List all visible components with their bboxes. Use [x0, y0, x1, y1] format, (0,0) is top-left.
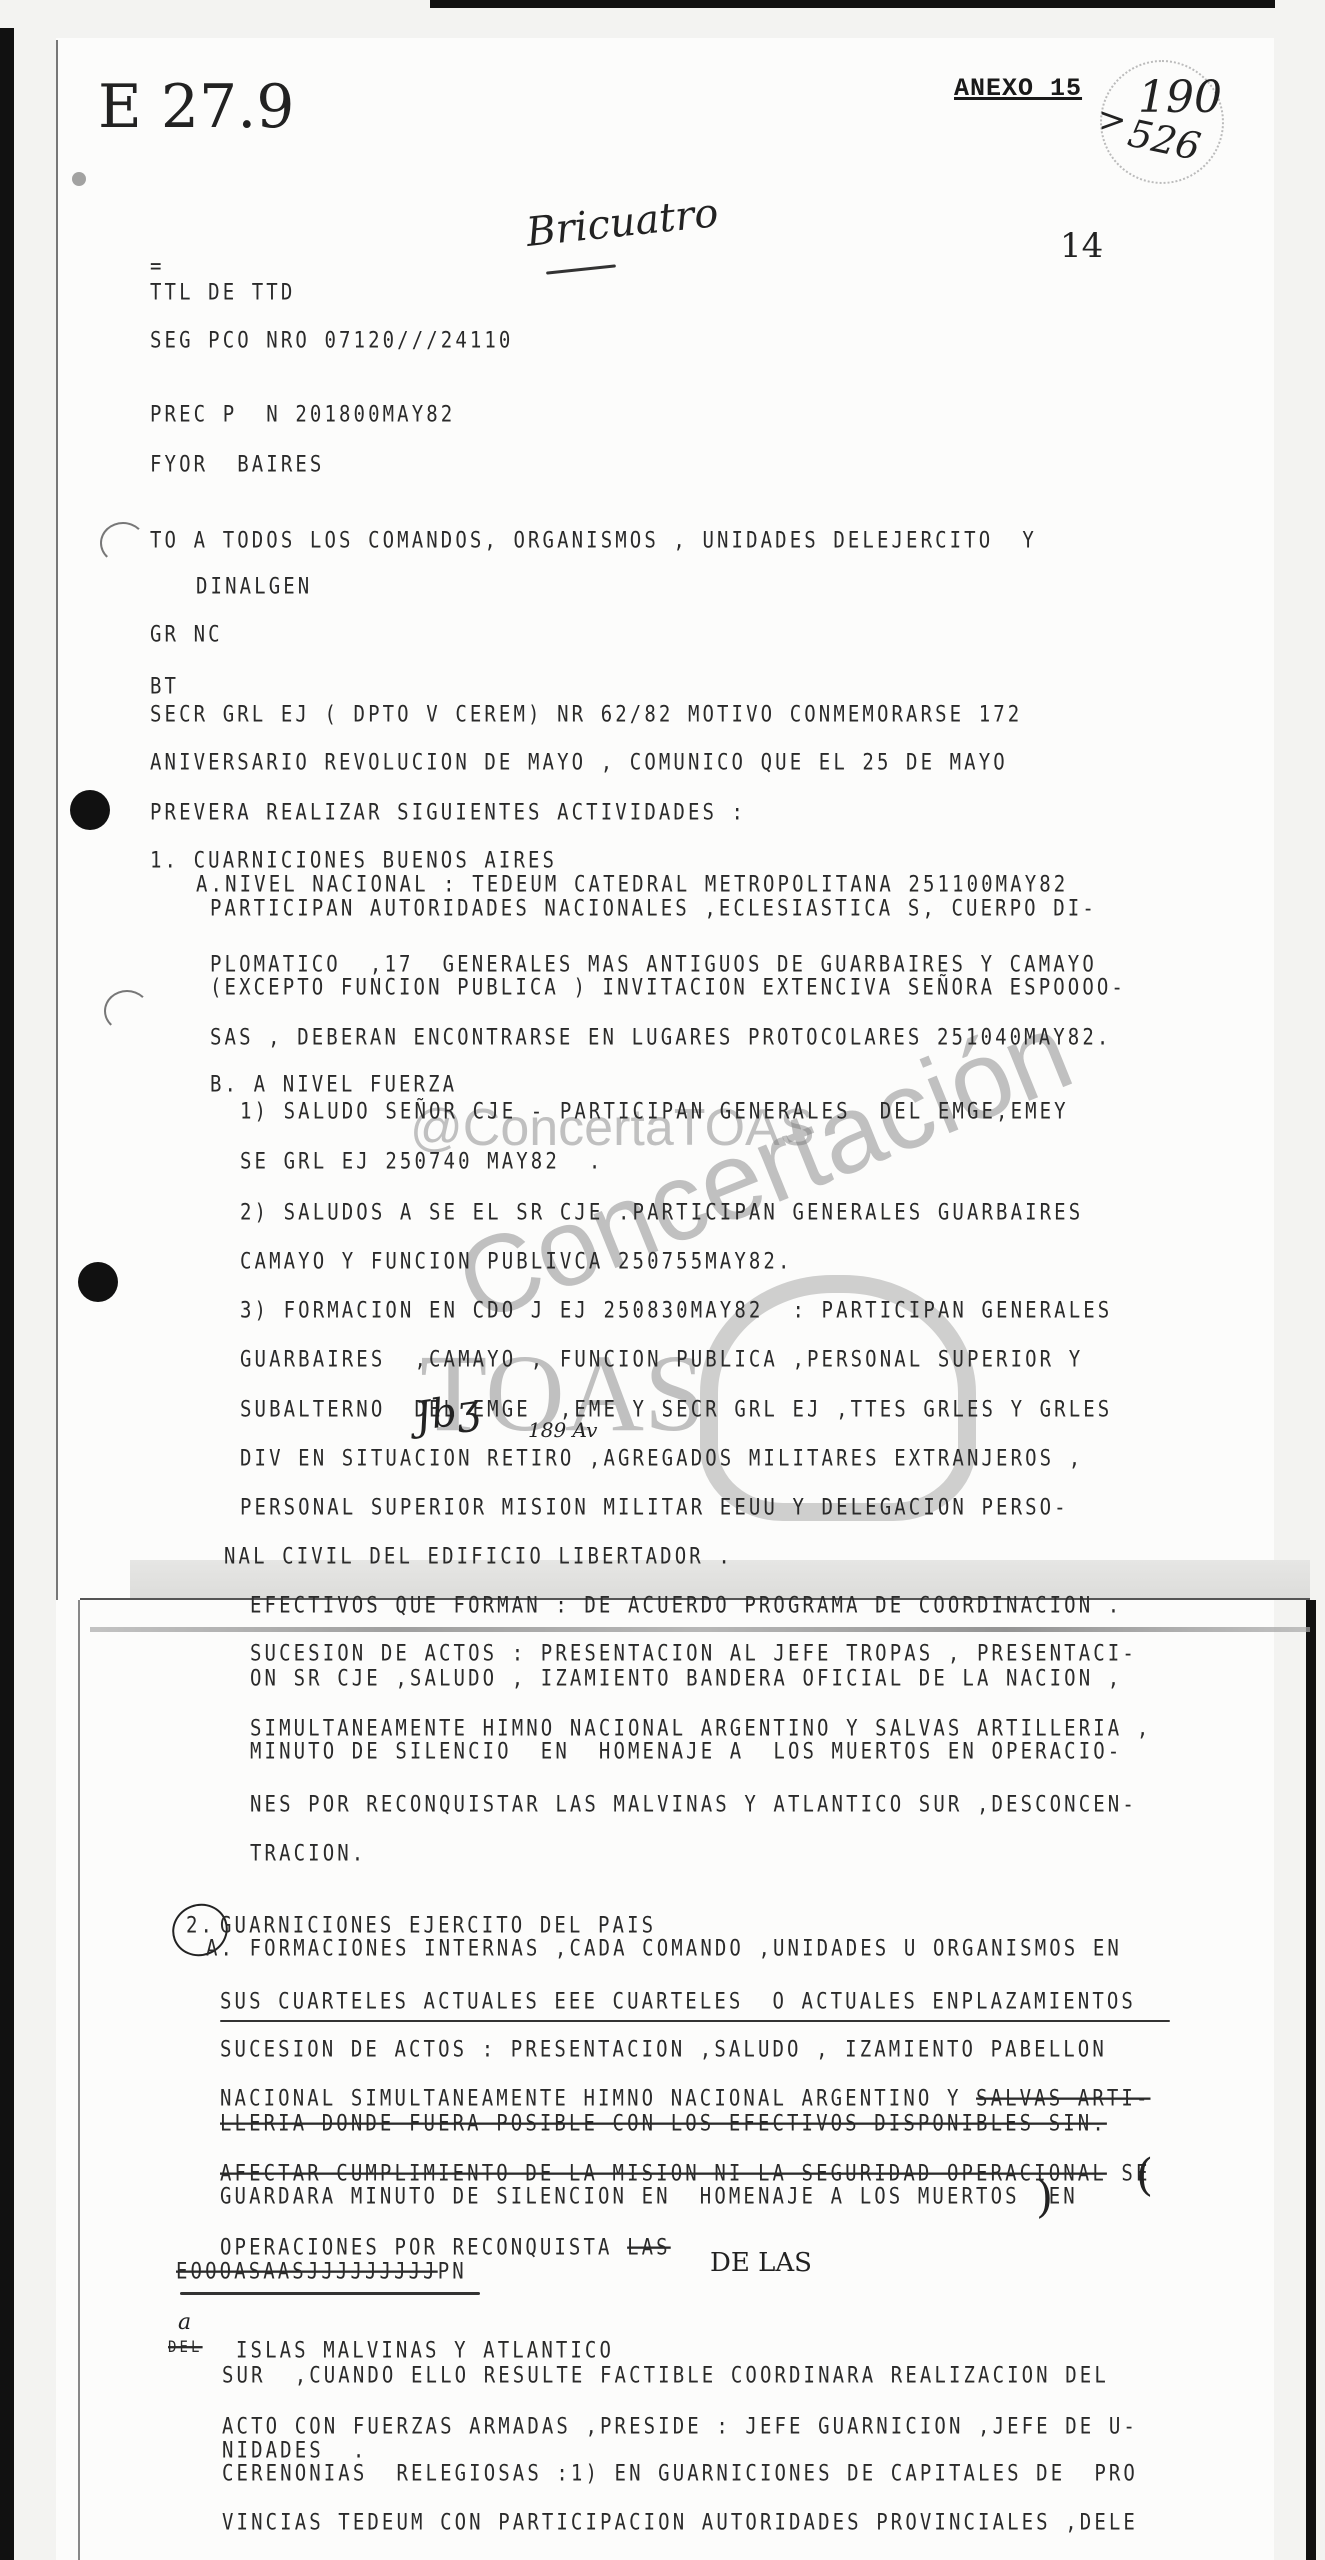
- section-2a-line: SUCESION DE ACTOS : PRESENTACION ,SALUDO…: [220, 2037, 1107, 2062]
- sucesion-line: SUCESION DE ACTOS : PRESENTACION AL JEFE…: [250, 1641, 1137, 1666]
- scan-spot: [72, 172, 86, 186]
- section-2a-afectar: AFECTAR CUMPLIMIENTO DE LA MISION NI LA …: [220, 2161, 1151, 2186]
- group-code: GR NC: [150, 622, 223, 647]
- ring-mark-icon: [104, 990, 150, 1032]
- closing-line: NIDADES .: [222, 2438, 367, 2463]
- section-2a-nacional: NACIONAL SIMULTANEAMENTE HIMNO NACIONAL …: [220, 2086, 1151, 2111]
- handwritten-bracket-close: ): [1036, 2172, 1053, 2223]
- handwritten-bracket-open: (: [1136, 2150, 1153, 2201]
- section-2a-line: GUARDARA MINUTO DE SILENCION EN HOMENAJE…: [220, 2184, 1078, 2209]
- nacional-text: NACIONAL SIMULTANEAMENTE HIMNO NACIONAL …: [220, 2086, 976, 2111]
- closing-line: VINCIAS TEDEUM CON PARTICIPACION AUTORID…: [222, 2510, 1138, 2535]
- intro-line: PREVERA REALIZAR SIGUIENTES ACTIVIDADES …: [150, 800, 746, 825]
- handwritten-insert: DE LAS: [710, 2248, 812, 2278]
- scan-left-border: [0, 28, 14, 2560]
- header-line: SEG PCO NRO 07120///24110: [150, 328, 513, 353]
- handwritten-signature: Jbʒ: [412, 1386, 482, 1440]
- ring-mark-icon: [100, 522, 146, 564]
- section-1a-line: PLOMATICO ,17 GENERALES MAS ANTIGUOS DE …: [210, 952, 1097, 977]
- closing-line: CERENONIAS RELEGIOSAS :1) EN GUARNICIONE…: [222, 2461, 1138, 2486]
- section-1a-line: PARTICIPAN AUTORIDADES NACIONALES ,ECLES…: [210, 896, 1097, 921]
- page-number-handwritten: 14: [1060, 226, 1103, 266]
- closing-line: SUR ,CUANDO ELLO RESULTE FACTIBLE COORDI…: [222, 2363, 1109, 2388]
- header-line: FYOR BAIRES: [150, 452, 324, 477]
- struck-text: SALVAS ARTI-: [976, 2086, 1150, 2111]
- header-separator: =: [150, 254, 165, 279]
- section-1b-line: GUARBAIRES ,CAMAYO , FUNCION PUBLICA ,PE…: [240, 1347, 1083, 1372]
- struck-text: LAS: [627, 2235, 671, 2260]
- addressee-line-cont: DINALGEN: [196, 574, 312, 599]
- header-line: TTL DE TTD: [150, 280, 295, 305]
- break-marker: BT: [150, 674, 179, 699]
- section-1a-title: A.NIVEL NACIONAL : TEDEUM CATEDRAL METRO…: [196, 872, 1068, 897]
- arrow-mark-icon: >: [1098, 100, 1127, 140]
- section-2-islas: ISLAS MALVINAS Y ATLANTICO: [236, 2338, 614, 2363]
- section-1b-line: DIV EN SITUACION RETIRO ,AGREGADOS MILIT…: [240, 1446, 1083, 1471]
- handwritten-underline: [220, 2020, 1170, 2022]
- closing-line: ACTO CON FUERZAS ARMADAS ,PRESIDE : JEFE…: [222, 2414, 1138, 2439]
- section-2a-title: A. FORMACIONES INTERNAS ,CADA COMANDO ,U…: [206, 1936, 1122, 1961]
- signature-note: 189 Av: [528, 1418, 597, 1442]
- scan-top-border: [430, 0, 1275, 8]
- section-1a-line: SAS , DEBERAN ENCONTRARSE EN LUGARES PRO…: [210, 1025, 1111, 1050]
- file-code-handwritten: E 27.9: [98, 72, 294, 142]
- efectivos-line: EFECTIVOS QUE FORMAN : DE ACUERDO PROGRA…: [250, 1593, 1122, 1618]
- struck-text: EOOOASAASJJJJJJJJJ: [176, 2259, 438, 2284]
- section-1-title: 1. CUARNICIONES BUENOS AIRES: [150, 848, 557, 873]
- handwritten-underline: [180, 2292, 480, 2295]
- struck-line: LLERIA DONDE FUERA POSIBLE CON LOS EFECT…: [220, 2111, 1107, 2136]
- section-1b-line: 2) SALUDOS A SE EL SR CJE .PARTICIPAN GE…: [240, 1200, 1083, 1225]
- section-1a-line: (EXCEPTO FUNCION PUBLICA ) INVITACION EX…: [210, 975, 1126, 1000]
- struck-prefix: DEL: [168, 2338, 203, 2356]
- section-1b-title: B. A NIVEL FUERZA: [210, 1072, 457, 1097]
- section-1b-line: 1) SALUDO SEÑOR CJE - PARTICIPAN GENERAL…: [240, 1099, 1069, 1124]
- section-1b-line: SUBALTERNO DEL EMGE ,EME Y SECR GRL EJ ,…: [240, 1397, 1112, 1422]
- section-1b-line: PERSONAL SUPERIOR MISION MILITAR EEUU Y …: [240, 1495, 1069, 1520]
- section-1b-line: NAL CIVIL DEL EDIFICIO LIBERTADOR .: [224, 1544, 733, 1569]
- page-edge-line-lower: [78, 1600, 80, 2560]
- sucesion-line: MINUTO DE SILENCIO EN HOMENAJE A LOS MUE…: [250, 1739, 1122, 1764]
- intro-line: SECR GRL EJ ( DPTO V CEREM) NR 62/82 MOT…: [150, 702, 1022, 727]
- page-edge-line: [56, 40, 58, 1600]
- sucesion-line: SIMULTANEAMENTE HIMNO NACIONAL ARGENTINO…: [250, 1716, 1151, 1741]
- section-1b-line: CAMAYO Y FUNCION PUBLIVCA 250755MAY82.: [240, 1249, 792, 1274]
- section-1b-line: SE GRL EJ 250740 MAY82 .: [240, 1149, 603, 1174]
- annex-label: ANEXO 15: [954, 74, 1082, 103]
- sucesion-line: TRACION.: [250, 1841, 366, 1866]
- sucesion-line: NES POR RECONQUISTAR LAS MALVINAS Y ATLA…: [250, 1792, 1137, 1817]
- garbled-tail: PN: [438, 2259, 467, 2284]
- punch-hole-icon: [70, 790, 110, 830]
- struck-text: AFECTAR CUMPLIMIENTO DE LA MISION NI LA …: [220, 2161, 1107, 2186]
- intro-line: ANIVERSARIO REVOLUCION DE MAYO , COMUNIC…: [150, 750, 1008, 775]
- section-2-number: 2.: [186, 1913, 215, 1938]
- punch-hole-icon: [78, 1262, 118, 1302]
- addressee-line: TO A TODOS LOS COMANDOS, ORGANISMOS , UN…: [150, 528, 1037, 553]
- header-line: PREC P N 201800MAY82: [150, 402, 455, 427]
- section-1b-line: 3) FORMACION EN CDO J EJ 250830MAY82 : P…: [240, 1298, 1112, 1323]
- margin-letter: a: [178, 2310, 191, 2335]
- scan-right-border: [1306, 1600, 1316, 2560]
- operaciones-text: OPERACIONES POR RECONQUISTA: [220, 2235, 627, 2260]
- section-2-title: GUARNICIONES EJERCITO DEL PAIS: [220, 1913, 656, 1938]
- section-2a-line: SUS CUARTELES ACTUALES EEE CUARTELES O A…: [220, 1989, 1136, 2014]
- garbled-line: EOOOASAASJJJJJJJJJPN: [176, 2259, 467, 2284]
- sucesion-line: ON SR CJE ,SALUDO , IZAMIENTO BANDERA OF…: [250, 1666, 1122, 1691]
- section-2a-operaciones: OPERACIONES POR RECONQUISTA LAS: [220, 2235, 671, 2260]
- tape-smudge: [90, 1627, 1310, 1632]
